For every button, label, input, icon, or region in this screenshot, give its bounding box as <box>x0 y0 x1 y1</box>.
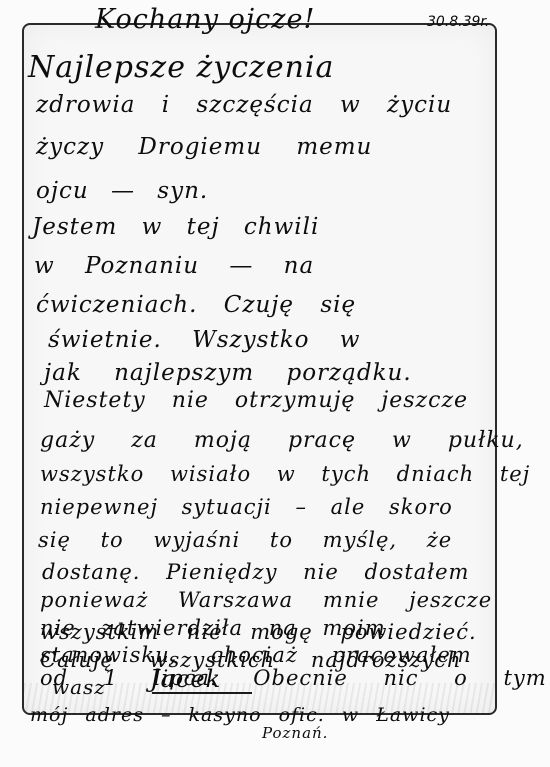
letter-line: Całuję wszystkich najdroższych <box>40 648 462 672</box>
letter-line: w Poznaniu — na <box>34 253 314 279</box>
letter-line: Niestety nie otrzymuję jeszcze <box>44 388 468 413</box>
letter-line: Najlepsze życzenia <box>28 50 334 85</box>
salutation: Kochany ojcze! <box>95 4 315 35</box>
letter-line: wszystkim nie mogę powiedzieć. <box>40 620 477 644</box>
closing: wasz <box>52 675 106 699</box>
letter-line: wszystko wisiało w tych dniach tej <box>40 462 530 486</box>
letter-line: Jestem w tej chwili <box>32 214 319 240</box>
letter-line: gaży za moją pracę w pułku, <box>40 428 524 453</box>
letter-line: ojcu — syn. <box>36 178 208 204</box>
letter-line: świetnie. Wszystko w <box>48 327 361 353</box>
letter-line: się to wyjaśni to myślę, że <box>38 528 452 552</box>
letter-date: 30.8.39r. <box>427 14 489 30</box>
address-line: mój adres – kasyno ofic. w Ławicy <box>30 704 450 726</box>
letter-line: niepewnej sytuacji – ale skoro <box>40 495 453 519</box>
signature: Jacek <box>150 665 221 693</box>
letter-line: jak najlepszym porządku. <box>44 360 412 386</box>
letter-line: dostanę. Pieniędzy nie dostałem <box>42 560 469 584</box>
letter-line: zdrowia i szczęścia w życiu <box>36 92 452 118</box>
address-city: Poznań. <box>262 724 328 742</box>
letter-line: życzy Drogiemu memu <box>36 134 372 160</box>
signature-underline <box>152 692 252 694</box>
letter-line: ćwiczeniach. Czuję się <box>36 292 356 318</box>
letter-line: ponieważ Warszawa mnie jeszcze <box>40 588 492 612</box>
